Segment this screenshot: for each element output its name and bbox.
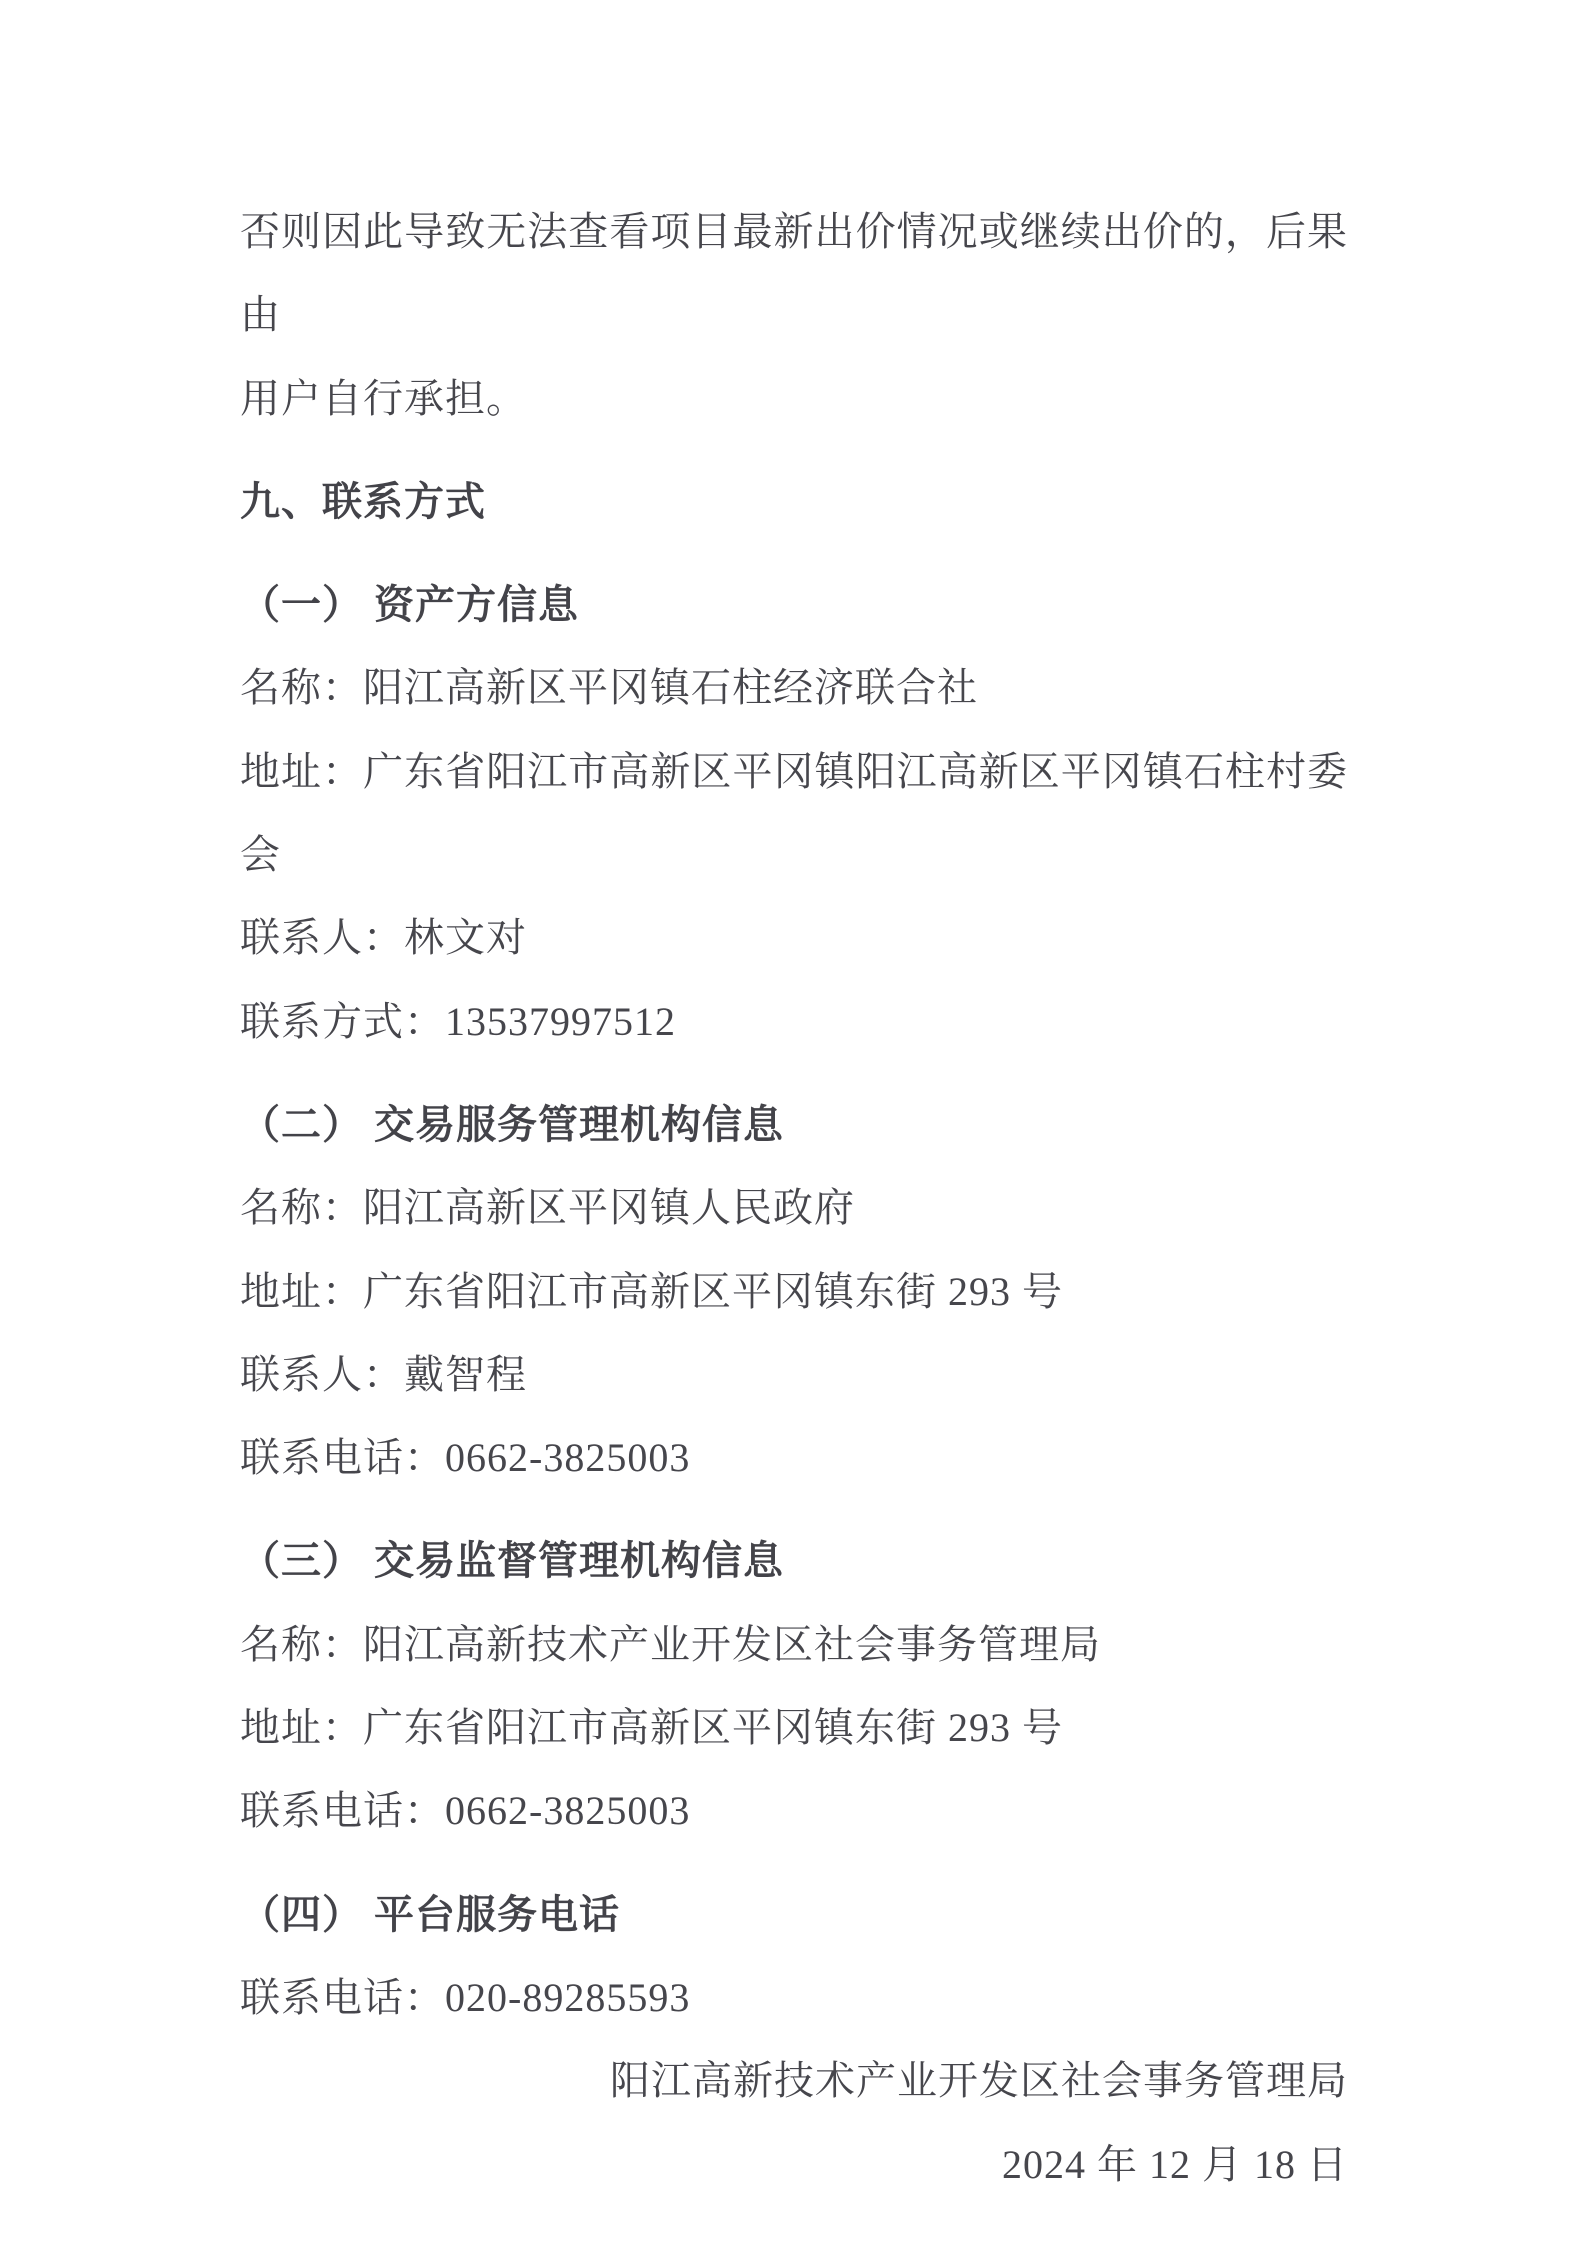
signature-org: 阳江高新技术产业开发区社会事务管理局 [240, 2039, 1348, 2122]
subsection-1-heading: （一） 资产方信息 [240, 563, 1348, 646]
paragraph-line-2: 用户自行承担。 [240, 357, 1348, 440]
platform-phone: 联系电话：020-89285593 [240, 1956, 1348, 2039]
subsection-3-heading: （三） 交易监督管理机构信息 [240, 1519, 1348, 1602]
paragraph-line-1: 否则因此导致无法查看项目最新出价情况或继续出价的，后果由 [240, 190, 1348, 357]
service-org-name: 名称：阳江高新区平冈镇人民政府 [240, 1166, 1348, 1249]
supervision-org-phone: 联系电话：0662-3825003 [240, 1769, 1348, 1852]
subsection-4-heading: （四） 平台服务电话 [240, 1873, 1348, 1956]
supervision-org-name: 名称：阳江高新技术产业开发区社会事务管理局 [240, 1603, 1348, 1686]
asset-party-contact: 联系人：林文对 [240, 896, 1348, 979]
service-org-contact: 联系人：戴智程 [240, 1333, 1348, 1416]
document-content: 否则因此导致无法查看项目最新出价情况或继续出价的，后果由 用户自行承担。 九、联… [0, 0, 1588, 2206]
section-9-heading: 九、联系方式 [240, 460, 1348, 543]
asset-party-name: 名称：阳江高新区平冈镇石柱经济联合社 [240, 646, 1348, 729]
service-org-address: 地址：广东省阳江市高新区平冈镇东街 293 号 [240, 1250, 1348, 1333]
signature-date: 2024 年 12 月 18 日 [240, 2123, 1348, 2206]
subsection-2-heading: （二） 交易服务管理机构信息 [240, 1083, 1348, 1166]
asset-party-phone: 联系方式：13537997512 [240, 980, 1348, 1063]
supervision-org-address: 地址：广东省阳江市高新区平冈镇东街 293 号 [240, 1686, 1348, 1769]
document-page: 否则因此导致无法查看项目最新出价情况或继续出价的，后果由 用户自行承担。 九、联… [0, 0, 1588, 2245]
service-org-phone: 联系电话：0662-3825003 [240, 1416, 1348, 1499]
asset-party-address: 地址：广东省阳江市高新区平冈镇阳江高新区平冈镇石柱村委会 [240, 730, 1348, 897]
